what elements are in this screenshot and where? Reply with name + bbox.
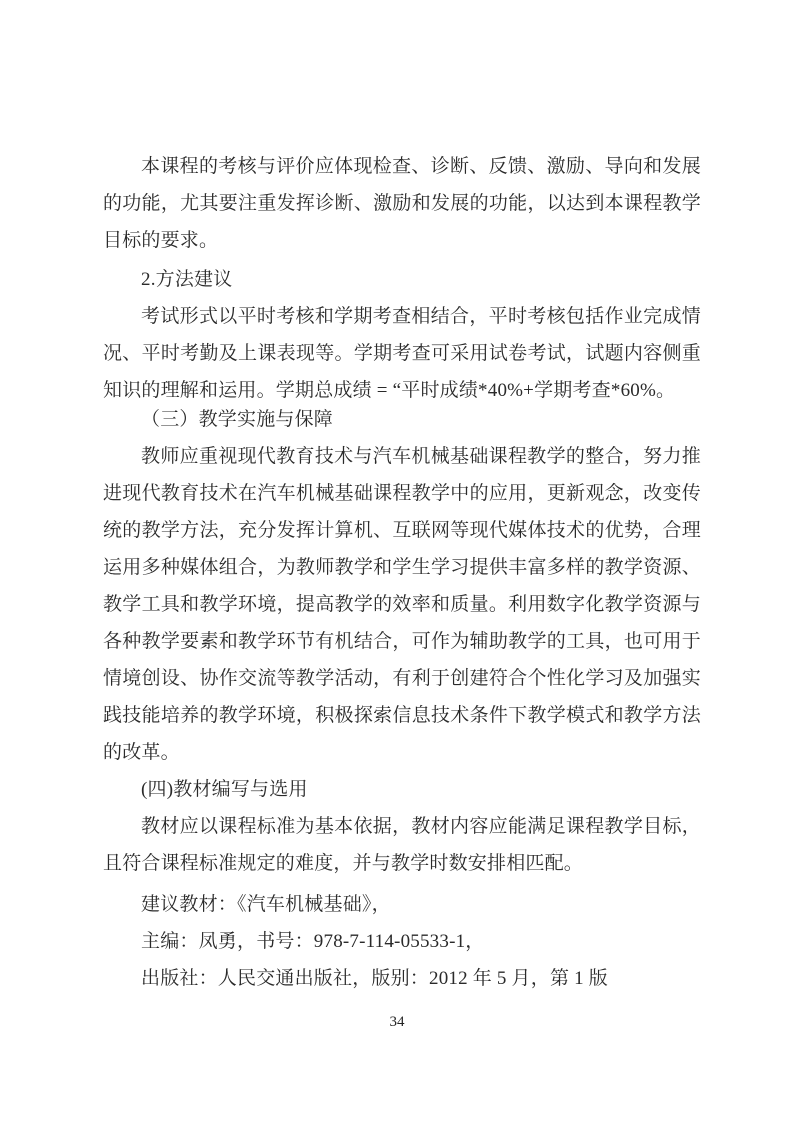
- line-recommended-textbook: 建议教材：《汽车机械基础》，: [103, 886, 701, 923]
- paragraph-exam-format: 考试形式以平时考核和学期考查相结合，平时考核包括作业完成情况、平时考勤及上课表现…: [103, 298, 701, 409]
- heading-textbook-selection: (四)教材编写与选用: [103, 771, 701, 808]
- heading-method-suggestions: 2.方法建议: [103, 261, 701, 298]
- line-publisher-edition: 出版社：人民交通出版社，版别：2012 年 5 月，第 1 版: [103, 960, 701, 997]
- line-editor-isbn: 主编：凤勇，书号：978-7-114-05533-1，: [103, 923, 701, 960]
- document-content: 本课程的考核与评价应体现检查、诊断、反馈、激励、导向和发展的功能，尤其要注重发挥…: [103, 148, 701, 997]
- paragraph-evaluation-principles: 本课程的考核与评价应体现检查、诊断、反馈、激励、导向和发展的功能，尤其要注重发挥…: [103, 148, 701, 259]
- paragraph-textbook-basis: 教材应以课程标准为基本依据，教材内容应能满足课程教学目标，且符合课程标准规定的难…: [103, 808, 701, 882]
- page-footer: 34: [0, 1012, 794, 1032]
- paragraph-modern-education-technology: 教师应重视现代教育技术与汽车机械基础课程教学的整合，努力推进现代教育技术在汽车机…: [103, 438, 701, 771]
- document-page: 本课程的考核与评价应体现检查、诊断、反馈、激励、导向和发展的功能，尤其要注重发挥…: [0, 0, 794, 1122]
- page-number: 34: [390, 1014, 405, 1030]
